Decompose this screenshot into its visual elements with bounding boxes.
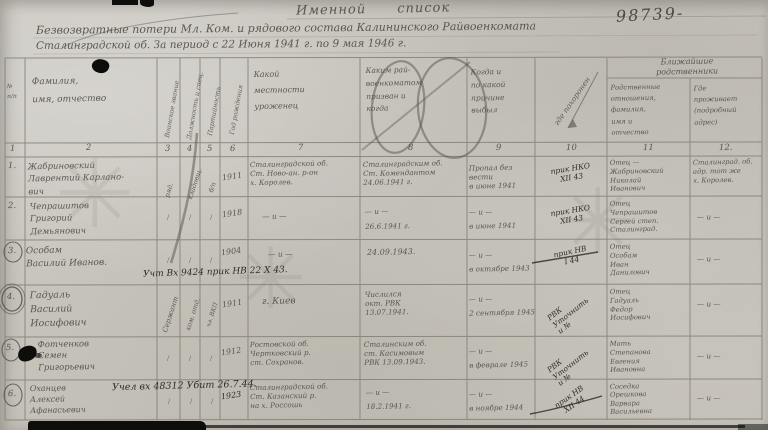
header-col10-diagonal: где похоронен xyxy=(552,75,592,127)
row2-party: — xyxy=(206,213,216,222)
row3-party: — xyxy=(206,256,216,265)
row3-order-note: прик НВ I 44 xyxy=(543,242,600,272)
row3-name: Особам Василий Иванов. xyxy=(26,243,158,271)
row2-address: — и — xyxy=(697,211,757,221)
row1-drafted: Сталинградским об. Ст. Комендантом 24.06… xyxy=(363,158,464,187)
row6-birth-year: 1923 xyxy=(220,390,242,403)
header-col4: Должность и спец. xyxy=(185,71,205,140)
row3-address: — и — xyxy=(697,253,757,263)
row1-name: Жабриновский Лаврентий Карлано- вич xyxy=(28,159,157,199)
row2-birth-year: 1918 xyxy=(221,208,243,221)
row5-duty: — xyxy=(185,354,195,363)
row1-party: б/п xyxy=(207,181,218,193)
row1-birthplace: Сталинградской об. Ст. Ново-ан. р-он х. … xyxy=(250,158,359,187)
header-col1: № п/п xyxy=(7,82,17,101)
row1-address: Сталинград. об. адр. тот же х. Королев. xyxy=(693,157,762,186)
row4-num: 4. xyxy=(7,292,15,303)
row2-departed: — и — в июне 1941 xyxy=(469,204,534,234)
row5-address: — и — xyxy=(697,350,757,360)
row3-drafted: 24.09.1943. xyxy=(367,246,463,258)
col-number-12: 12. xyxy=(719,143,733,154)
col-number-1: 1 xyxy=(10,144,16,155)
row6-relatives: Соседка Орешкова Варвара Васильевна xyxy=(610,381,689,417)
row4-rank: Сержант xyxy=(161,295,180,333)
col-number-9: 9 xyxy=(496,143,502,154)
row2-rank: — xyxy=(163,213,173,222)
row5-name: Фотченков Семен Григорьевич xyxy=(38,338,155,375)
header-col12: Где проживает (подробный адрес) xyxy=(694,82,761,128)
col-number-4: 4 xyxy=(187,144,193,155)
row4-duty: ком. отд. xyxy=(184,297,202,331)
header-col2: Фамилия, имя, отчество xyxy=(32,71,153,110)
row6-duty: — xyxy=(186,397,196,406)
scanned-document: ✳ ✳ ✳ 98739- Именной список Безвозвратны… xyxy=(0,0,768,430)
scan-artifact-corner xyxy=(738,424,768,430)
row4-name: Гадуаль Василий Иосифович xyxy=(30,287,153,331)
row2-birthplace: — и — xyxy=(262,210,352,221)
row2-relatives: Отец Чепрашитов Сергей степ. Сталинград. xyxy=(610,198,689,235)
row1-order-note: прик НКО XII 43 xyxy=(541,160,601,188)
row3-birth-year: 1904 xyxy=(220,246,242,259)
row4-relatives: Отец Гадуаль Федор Иосифович xyxy=(610,286,689,323)
row4-order-note: РВК Уточнить и № xyxy=(546,279,609,336)
scan-artifact-top-edge xyxy=(112,0,138,5)
row6-order-note: прик НВ XII 44 xyxy=(544,378,600,424)
document-period-line: Сталинградской об. За период с 22 Июня 1… xyxy=(36,36,596,53)
row6-rank: — xyxy=(164,397,174,406)
header-col3: Воинское звание xyxy=(163,80,181,139)
row1-duty: кладовщ. xyxy=(186,167,204,200)
row2-name: Чепрашитов Григорий Демьянович xyxy=(30,199,153,238)
row1-relatives: Отец — Жабриновский Николай Иванович xyxy=(610,157,689,194)
row2-drafted: — и — 26.6.1941 г. xyxy=(365,202,464,234)
row6-departed: — и — в ноябре 1944 xyxy=(469,386,536,415)
row3-registration-note: Учт Вх 9424 прик НВ 22 X 43. xyxy=(143,262,373,280)
scan-artifact-bottom-line xyxy=(200,425,745,428)
header-col5: Партийность xyxy=(206,86,223,136)
row3-num: 3. xyxy=(8,246,16,257)
row3-relatives: Отец Особам Иван Данилович xyxy=(610,241,689,278)
scan-artifact-top-edge xyxy=(140,0,154,7)
row5-party: — xyxy=(206,354,216,363)
col-number-6: 6 xyxy=(230,144,236,155)
scan-artifact-bottom-bar xyxy=(28,421,206,430)
row4-birth-year: 1911 xyxy=(221,298,243,311)
row1-departed: Пропал без вести в июне 1941 xyxy=(469,162,534,190)
row6-party: — xyxy=(207,397,217,406)
col-number-10: 10 xyxy=(566,143,577,154)
row6-drafted: — и — 18.2.1941 г. xyxy=(366,384,463,413)
row3-departed: — и — в октябре 1943 xyxy=(469,247,534,277)
col-number-11: 11 xyxy=(643,143,654,154)
document-title: Именной список xyxy=(296,0,450,19)
header-col6: Год рождения xyxy=(228,84,245,135)
row4-party: чл. ВКП xyxy=(205,302,220,329)
watermark-star: ✳ xyxy=(235,230,306,329)
row6-address: — и — xyxy=(697,392,757,402)
row4-birthplace: г. Киев xyxy=(262,295,352,308)
row2-duty: — xyxy=(185,213,195,222)
row2-num: 2. xyxy=(8,201,16,212)
row5-birthplace: Ростовской об. Чертковский р. ст. Сохран… xyxy=(250,338,357,367)
row3-rank: — xyxy=(163,256,173,265)
header-col9: Когда и по какой причине выбыл xyxy=(470,65,533,117)
ink-blot-row5-tail xyxy=(34,353,42,358)
row4-departed: — и — 2 сентября 1945 xyxy=(469,291,536,320)
header-col8: Каким рай- военкоматом призван и когда xyxy=(365,63,462,116)
row3-birthplace: — и — xyxy=(268,248,348,259)
row6-num: 6. xyxy=(8,389,16,400)
row5-departed: — и — в феврале 1945 xyxy=(469,343,536,372)
row1-rank: ряд. xyxy=(163,182,175,198)
row5-birth-year: 1912 xyxy=(220,346,242,359)
row4-drafted: Числился окт. РВК 13.07.1941. xyxy=(365,288,462,317)
row2-order-note: прик НКО XII 43 xyxy=(541,202,601,230)
col-number-7: 7 xyxy=(298,143,304,154)
row1-num: 1. xyxy=(8,161,16,172)
col-number-5: 5 xyxy=(207,144,213,155)
row3-duty: — xyxy=(185,256,195,265)
row5-order-note: РВК Уточнить и № xyxy=(546,331,609,388)
row4-address: — и — xyxy=(697,298,757,308)
col-number-2: 2 xyxy=(86,143,92,154)
row5-relatives: Мать Степанова Евгения Ивановна xyxy=(610,338,689,375)
row5-rank: — xyxy=(163,354,173,363)
header-col11: Родственные отношения, фамилия, имя и от… xyxy=(610,81,687,139)
document-subtitle: Безвозвратные потери Мл. Ком. и рядового… xyxy=(36,18,676,37)
col-number-8: 8 xyxy=(408,143,414,154)
header-col7: Какой местности уроженец xyxy=(254,65,355,115)
header-group-relatives: Ближайшие родственники xyxy=(622,56,752,78)
row6-birthplace: Сталинградской об. Ст. Казанский р. на х… xyxy=(250,381,359,410)
col-number-3: 3 xyxy=(165,144,171,155)
row5-drafted: Сталинским об. ст. Касимовым РВК 13.09.1… xyxy=(364,338,463,367)
row1-birth-year: 1911 xyxy=(221,171,243,184)
row5-num: 5. xyxy=(6,343,14,354)
